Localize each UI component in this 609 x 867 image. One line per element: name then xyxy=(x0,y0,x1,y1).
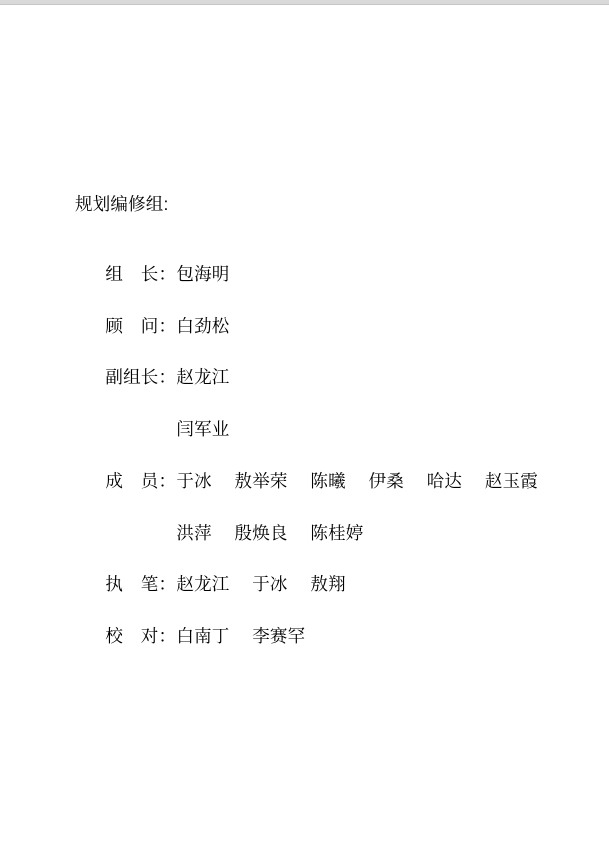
row-names: 赵龙江 xyxy=(176,367,229,387)
row-names: 于冰 敖举荣 陈曦 伊桑 哈达 赵玉霞 xyxy=(176,471,538,491)
credit-row-proofreaders: 校 对：白南丁 李赛罕 xyxy=(75,610,305,663)
credit-row-leader: 组 长：包海明 xyxy=(75,248,229,301)
credit-row-members-cont: 洪萍 殷焕良 陈桂婷 xyxy=(75,507,364,560)
credit-row-deputy-leader-cont: 闫军业 xyxy=(75,403,229,456)
row-names: 包海明 xyxy=(176,264,229,284)
row-names: 赵龙江 于冰 敖翔 xyxy=(176,574,345,594)
row-names: 白劲松 xyxy=(176,316,229,336)
row-label: 校 对： xyxy=(105,628,176,646)
row-label: 成 员： xyxy=(105,473,176,491)
credit-row-writers: 执 笔：赵龙江 于冰 敖翔 xyxy=(75,558,346,611)
row-names: 闫军业 xyxy=(176,419,229,439)
row-names: 白南丁 李赛罕 xyxy=(176,626,305,646)
row-label: 执 笔： xyxy=(105,576,176,594)
row-label: 组 长： xyxy=(105,266,176,284)
credit-row-deputy-leader: 副组长：赵龙江 xyxy=(75,351,229,404)
document-viewport: 规划编修组: 组 长：包海明 顾 问：白劲松 副组长：赵龙江 闫军业 成 员：于… xyxy=(0,0,609,867)
row-label: 顾 问： xyxy=(105,318,176,336)
row-label: 副组长： xyxy=(105,369,176,387)
row-names: 洪萍 殷焕良 陈桂婷 xyxy=(176,523,363,543)
credit-row-advisor: 顾 问：白劲松 xyxy=(75,300,229,353)
page-heading: 规划编修组: xyxy=(75,196,169,214)
document-page: 规划编修组: 组 长：包海明 顾 问：白劲松 副组长：赵龙江 闫军业 成 员：于… xyxy=(0,5,609,867)
credit-row-members: 成 员：于冰 敖举荣 陈曦 伊桑 哈达 赵玉霞 xyxy=(75,455,538,508)
